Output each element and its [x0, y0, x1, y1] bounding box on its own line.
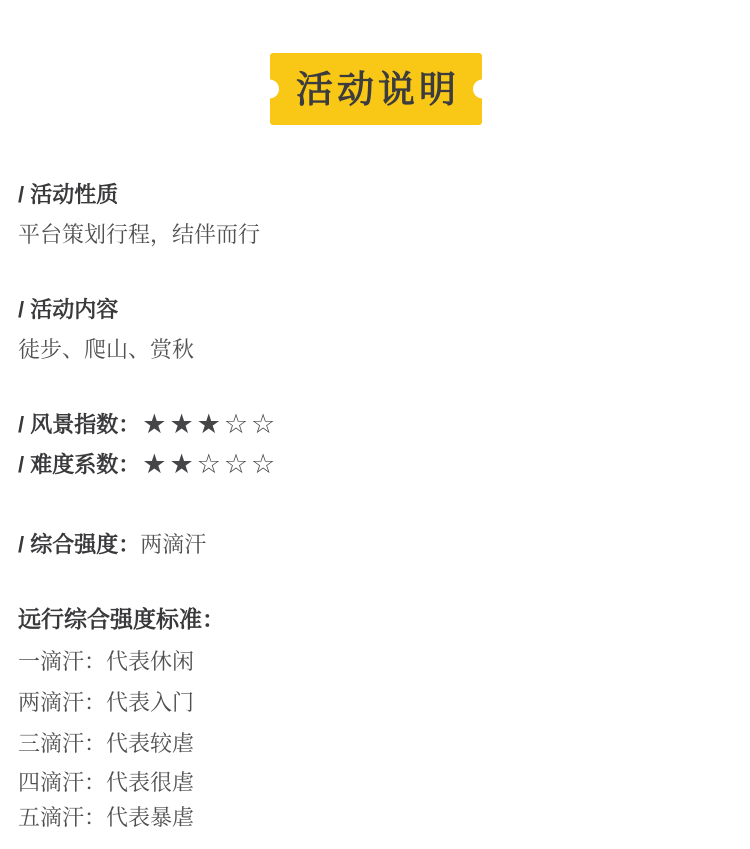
intensity-value: 两滴汗 — [140, 530, 206, 560]
standards-item: 两滴汗：代表入门 — [18, 688, 194, 718]
intensity-row: / 综合强度： 两滴汗 — [18, 530, 206, 560]
rating-row-scenery: / 风景指数： ★★★☆☆ — [18, 410, 278, 440]
standards-item: 一滴汗：代表休闲 — [18, 647, 194, 677]
standards-item: 四滴汗：代表很虐 — [18, 768, 194, 798]
text-activity-nature: 平台策划行程，结伴而行 — [18, 220, 260, 250]
intensity-label: / 综合强度： — [18, 530, 140, 560]
rating-label-scenery: / 风景指数： — [18, 410, 140, 440]
banner-title: 活动说明 — [296, 71, 460, 108]
rating-label-difficulty: / 难度系数： — [18, 450, 140, 480]
heading-activity-nature: / 活动性质 — [18, 180, 118, 210]
standards-item: 五滴汗：代表暴虐 — [18, 803, 194, 833]
star-rating-difficulty-icon: ★★☆☆☆ — [142, 451, 278, 480]
standards-title: 远行综合强度标准： — [18, 604, 225, 634]
section-banner: 活动说明 — [270, 53, 482, 125]
text-activity-content: 徒步、爬山、赏秋 — [18, 335, 194, 365]
ticket-notch-right-icon — [473, 80, 492, 99]
ticket-notch-left-icon — [260, 80, 279, 99]
standards-item: 三滴汗：代表较虐 — [18, 729, 194, 759]
star-rating-scenery-icon: ★★★☆☆ — [142, 411, 278, 440]
heading-activity-content: / 活动内容 — [18, 295, 118, 325]
rating-row-difficulty: / 难度系数： ★★☆☆☆ — [18, 450, 278, 480]
activity-description-page: 活动说明 / 活动性质 平台策划行程，结伴而行 / 活动内容 徒步、爬山、赏秋 … — [0, 0, 750, 849]
